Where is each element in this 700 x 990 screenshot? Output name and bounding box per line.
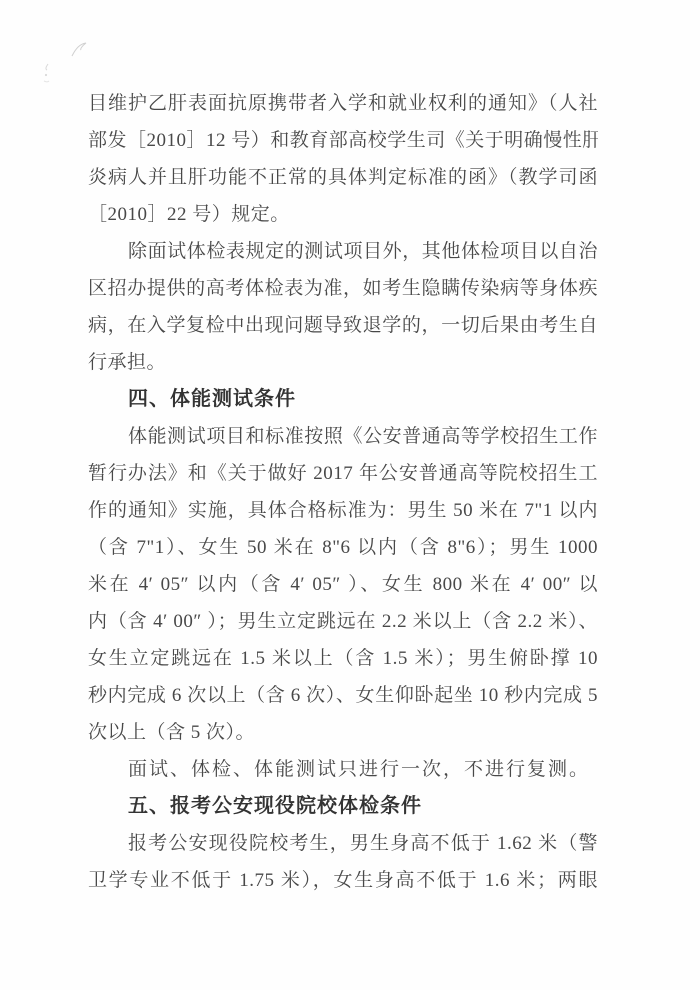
text-line: 作的通知》实施，具体合格标准为：男生 50 米在 7"1 以内	[88, 492, 598, 529]
text-line: 目维护乙肝表面抗原携带者入学和就业权利的通知》（人社	[88, 85, 598, 122]
text-line: 暂行办法》和《关于做好 2017 年公安普通高等院校招生工	[88, 455, 598, 492]
text-line: 面试、体检、体能测试只进行一次，不进行复测。	[88, 751, 598, 788]
text-line: 次以上（含 5 次）。	[88, 714, 598, 751]
section-heading: 四、体能测试条件	[88, 381, 598, 418]
text-line: 报考公安现役院校考生，男生身高不低于 1.62 米（警	[88, 825, 598, 862]
text-line: 内（含 4′ 00″ ）；男生立定跳远在 2.2 米以上（含 2.2 米）、	[88, 603, 598, 640]
text-line: 部发［2010］12 号）和教育部高校学生司《关于明确慢性肝	[88, 122, 598, 159]
text-line: 病，在入学复检中出现问题导致退学的，一切后果由考生自	[88, 307, 598, 344]
text-line: 秒内完成 6 次以上（含 6 次）、女生仰卧起坐 10 秒内完成 5	[88, 677, 598, 714]
document-text-block: 目维护乙肝表面抗原携带者入学和就业权利的通知》（人社部发［2010］12 号）和…	[88, 85, 598, 899]
text-line: 女生立定跳远在 1.5 米以上（含 1.5 米）；男生俯卧撑 10	[88, 640, 598, 677]
text-line: （含 7"1）、女生 50 米在 8"6 以内（含 8"6）；男生 1000	[88, 529, 598, 566]
text-line: 除面试体检表规定的测试项目外，其他体检项目以自治	[88, 233, 598, 270]
scan-artifact-specks	[40, 60, 62, 86]
text-line: ［2010］22 号）规定。	[88, 196, 598, 233]
section-heading: 五、报考公安现役院校体检条件	[88, 788, 598, 825]
text-line: 行承担。	[88, 344, 598, 381]
text-line: 体能测试项目和标准按照《公安普通高等学校招生工作	[88, 418, 598, 455]
scan-artifact-squiggle	[66, 40, 92, 60]
text-line: 米在 4′ 05″ 以内（含 4′ 05″ ）、女生 800 米在 4′ 00″…	[88, 566, 598, 603]
text-line: 区招办提供的高考体检表为准，如考生隐瞒传染病等身体疾	[88, 270, 598, 307]
document-page: 目维护乙肝表面抗原携带者入学和就业权利的通知》（人社部发［2010］12 号）和…	[0, 0, 700, 990]
text-line: 卫学专业不低于 1.75 米），女生身高不低于 1.6 米；两眼	[88, 862, 598, 899]
text-line: 炎病人并且肝功能不正常的具体判定标准的函》（教学司函	[88, 159, 598, 196]
